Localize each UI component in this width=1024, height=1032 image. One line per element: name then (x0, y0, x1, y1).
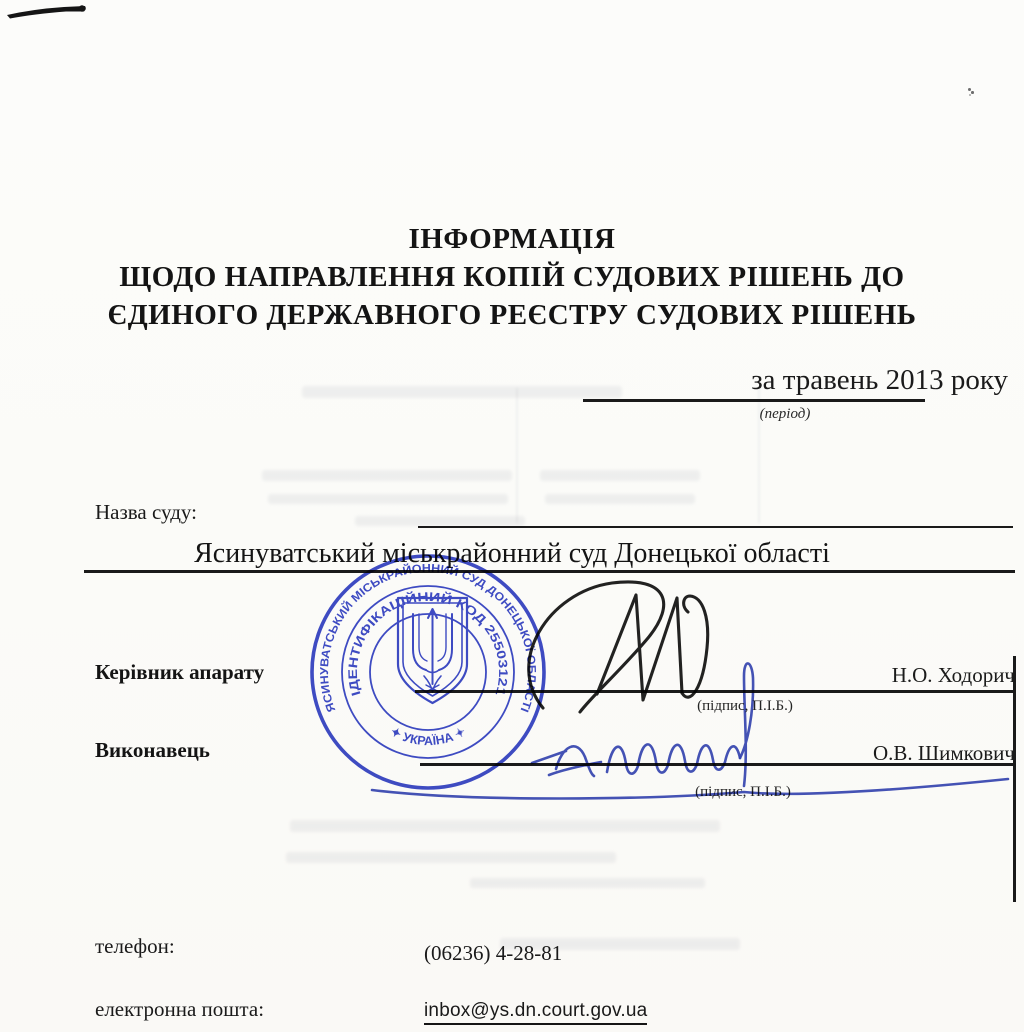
ghost-bleed-text (545, 494, 695, 504)
scanned-document-page: ІНФОРМАЦІЯ ЩОДО НАПРАВЛЕННЯ КОПІЙ СУДОВИ… (0, 0, 1024, 1032)
trident-emblem-icon (398, 598, 467, 703)
scan-artifact-speck (966, 86, 976, 102)
title-line-3: ЄДИНОГО ДЕРЖАВНОГО РЕЄСТРУ СУДОВИХ РІШЕН… (40, 296, 984, 334)
stamp-bottom-text: ✦ УКРАЇНА ✦ (388, 724, 469, 748)
email-value: inbox@ys.dn.court.gov.ua (424, 1000, 647, 1025)
period-caption: (період) (660, 406, 910, 423)
ghost-bleed-text (540, 470, 700, 481)
ghost-bleed-text (290, 820, 720, 832)
phone-label: телефон: (95, 934, 175, 959)
title-line-2: ЩОДО НАПРАВЛЕННЯ КОПІЙ СУДОВИХ РІШЕНЬ ДО (40, 258, 984, 296)
document-title: ІНФОРМАЦІЯ ЩОДО НАПРАВЛЕННЯ КОПІЙ СУДОВИ… (40, 220, 984, 334)
period-underline (583, 399, 925, 402)
phone-value: (06236) 4-28-81 (424, 941, 562, 966)
ghost-bleed-text (470, 878, 705, 888)
scan-artifact-mark (6, 2, 92, 22)
signature-caption-1: (підпис, П.І.Б.) (650, 698, 840, 715)
ghost-bleed-text (355, 516, 525, 526)
email-label: електронна пошта: (95, 997, 264, 1022)
signatory-role-executor: Виконавець (95, 738, 210, 763)
signatory-name-khodorych: Н.О. Ходорич (700, 663, 1015, 688)
ghost-bleed-line (516, 388, 518, 523)
ghost-bleed-text (268, 494, 508, 504)
signatory-role-head-of-staff: Керівник апарату (95, 660, 264, 685)
court-seal-stamp: ЯСИНУВАТСЬКИЙ МІСЬКРАЙОННИЙ СУД ДОНЕЦЬКО… (300, 544, 556, 800)
signature-caption-2: (підпис, П.І.Б.) (648, 784, 838, 801)
ghost-bleed-text (286, 852, 616, 863)
right-edge-table-rule (1013, 656, 1016, 902)
period-value: за травень 2013 року (560, 364, 1008, 397)
court-name-label: Назва суду: (95, 500, 197, 525)
title-line-1: ІНФОРМАЦІЯ (40, 220, 984, 258)
court-name-rule (418, 526, 1013, 528)
ghost-bleed-text (262, 470, 512, 481)
